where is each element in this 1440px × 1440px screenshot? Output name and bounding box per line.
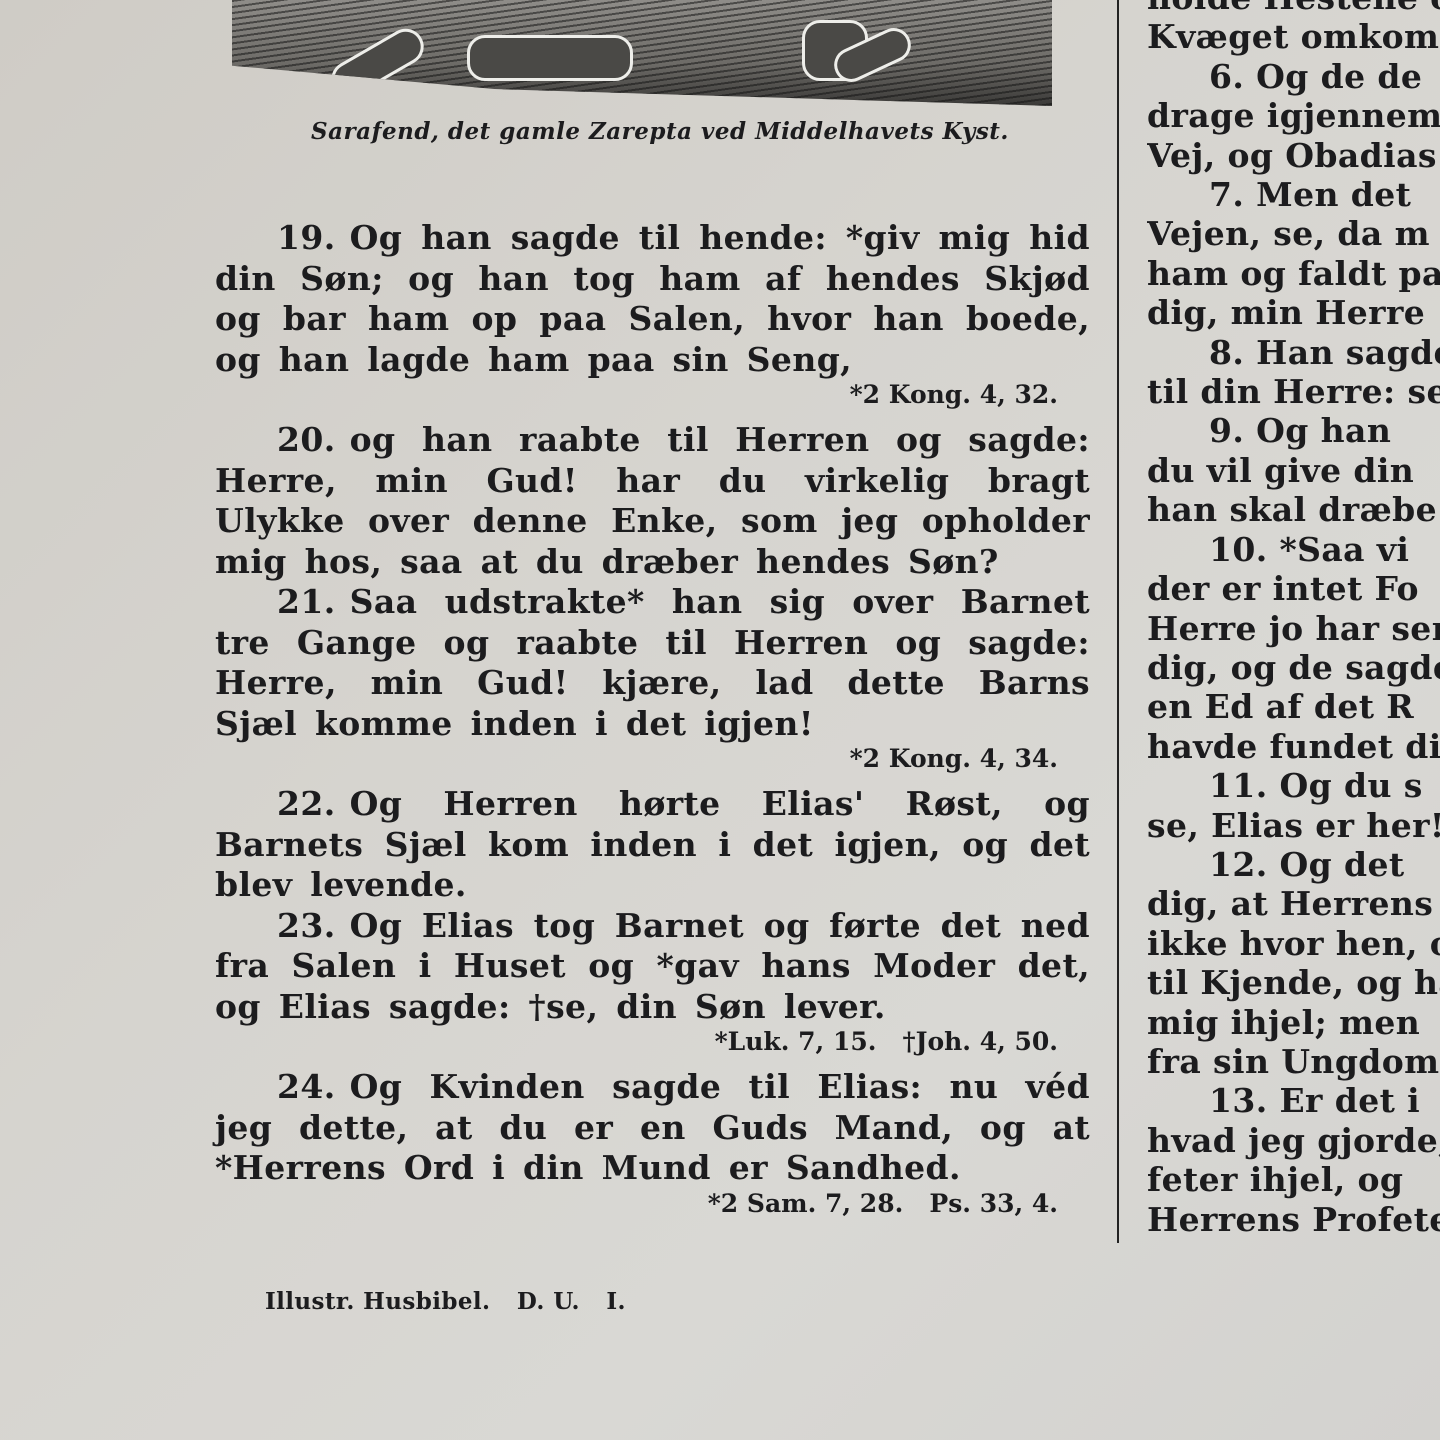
verse-text: Saa udstrakte* han sig over Barnet tre G… <box>215 582 1090 743</box>
verse-number: 20. <box>215 420 336 459</box>
right-column-line: du vil give din <box>1147 451 1440 490</box>
footer-sheet-number: I. <box>606 1288 626 1315</box>
right-column-line: dig, min Herre <box>1147 293 1440 332</box>
right-column-line: 7. Men det <box>1147 175 1440 214</box>
right-column-line: holde Hestene o <box>1147 0 1440 17</box>
right-column-line: 12. Og det <box>1147 845 1440 884</box>
right-column-line: se, Elias er her! <box>1147 806 1440 845</box>
verse-text: og han raabte til Herren og sagde: Herre… <box>215 420 1090 581</box>
verse-22: 22.Og Herren hørte Elias' Røst, og Barne… <box>215 784 1090 906</box>
cross-reference: *2 Kong. 4, 34. <box>215 742 1090 776</box>
verse-21: 21.Saa udstrakte* han sig over Barnet tr… <box>215 582 1090 776</box>
verse-number: 19. <box>215 218 336 257</box>
right-column-line: 8. Han sagde <box>1147 333 1440 372</box>
right-column-line: Vej, og Obadias <box>1147 136 1440 175</box>
cross-reference: *2 Kong. 4, 32. <box>215 378 1090 412</box>
right-column-line: 6. Og de de <box>1147 57 1440 96</box>
left-text-column: 19.Og han sagde til hende: *giv mig hid … <box>215 218 1090 1229</box>
right-column-line: Herre jo har sen <box>1147 609 1440 648</box>
verse-19: 19.Og han sagde til hende: *giv mig hid … <box>215 218 1090 412</box>
right-column-line: en Ed af det R <box>1147 687 1440 726</box>
right-column-line: ham og faldt pa <box>1147 254 1440 293</box>
illustration-caption: Sarafend, det gamle Zarepta ved Middelha… <box>300 118 1020 145</box>
right-column-line: der er intet Fo <box>1147 569 1440 608</box>
verse-text: Og han sagde til hende: *giv mig hid din… <box>215 218 1090 379</box>
right-column-line: Herrens Profeter <box>1147 1200 1440 1239</box>
right-column-line: til din Herre: se <box>1147 372 1440 411</box>
verse-23: 23.Og Elias tog Barnet og førte det ned … <box>215 906 1090 1060</box>
illustration-stone <box>325 22 430 104</box>
verse-20: 20.og han raabte til Herren og sagde: He… <box>215 420 1090 582</box>
right-column-line: dig, at Herrens <box>1147 884 1440 923</box>
page-footer-signature: Illustr. Husbibel. D. U. I. <box>265 1288 644 1315</box>
verse-24: 24.Og Kvinden sagde til Elias: nu véd je… <box>215 1067 1090 1221</box>
right-column-line: 10. *Saa vi <box>1147 530 1440 569</box>
right-column-line: feter ihjel, og <box>1147 1160 1440 1199</box>
right-column-line: mig ihjel; men <box>1147 1003 1440 1042</box>
engraving-illustration <box>232 0 1052 106</box>
cross-reference: *Luk. 7, 15. †Joh. 4, 50. <box>215 1025 1090 1059</box>
illustration-stone <box>467 35 633 81</box>
right-column-line: han skal dræbe <box>1147 490 1440 529</box>
verse-text: Og Herren hørte Elias' Røst, og Barnets … <box>215 784 1090 904</box>
verse-number: 24. <box>215 1067 336 1106</box>
verse-text: Og Elias tog Barnet og førte det ned fra… <box>215 906 1090 1026</box>
right-column-line: 13. Er det i <box>1147 1081 1440 1120</box>
verse-number: 23. <box>215 906 336 945</box>
right-column-line: 11. Og du s <box>1147 766 1440 805</box>
right-column-line: havde fundet dig <box>1147 727 1440 766</box>
footer-volume: D. U. <box>517 1288 580 1315</box>
right-column-line: Kvæget omkomm <box>1147 17 1440 56</box>
cross-reference: *2 Sam. 7, 28. Ps. 33, 4. <box>215 1187 1090 1221</box>
right-column-line: drage igjennem <box>1147 96 1440 135</box>
right-text-column: holde Hestene oKvæget omkomm6. Og de ded… <box>1147 0 1440 1248</box>
footer-book-title: Illustr. Husbibel. <box>265 1288 490 1315</box>
right-column-line: 9. Og han <box>1147 411 1440 450</box>
right-column-line: til Kjende, og ha <box>1147 963 1440 1002</box>
verse-number: 22. <box>215 784 336 823</box>
right-column-line: dig, og de sagde <box>1147 648 1440 687</box>
right-column-line: Vejen, se, da m <box>1147 214 1440 253</box>
verse-text: Og Kvinden sagde til Elias: nu véd jeg d… <box>215 1067 1090 1187</box>
verse-number: 21. <box>215 582 336 621</box>
right-column-line: fra sin Ungdom <box>1147 1042 1440 1081</box>
column-divider-rule <box>1117 0 1119 1243</box>
right-column-line: ikke hvor hen, o <box>1147 924 1440 963</box>
right-column-line: hvad jeg gjorde, <box>1147 1121 1440 1160</box>
